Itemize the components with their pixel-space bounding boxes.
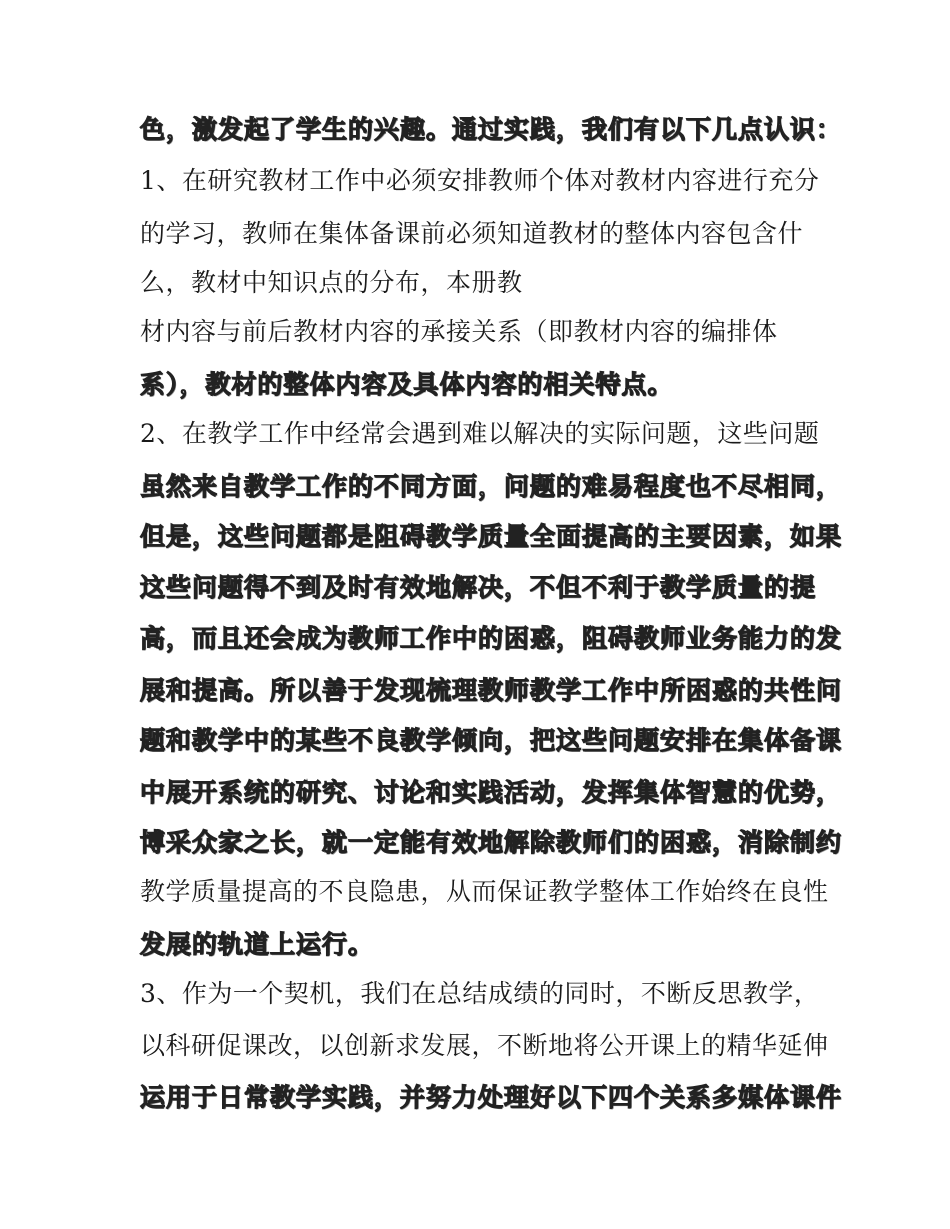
text-line: 的学习，教师在集体备课前必须知道教材的整体内容包含什: [140, 218, 820, 250]
text-line: 系），教材的整体内容及具体内容的相关特点。: [140, 369, 820, 401]
text-line: 博采众家之长，就一定能有效地解除教师们的困惑，消除制约: [140, 827, 820, 859]
text-line: 材内容与前后教材内容的承接关系（即教材内容的编排体: [140, 316, 820, 348]
document-page: 色，激发起了学生的兴趣。通过实践，我们有以下几点认识： 1、在研究教材工作中必须…: [0, 0, 950, 1229]
text-line: 2、在教学工作中经常会遇到难以解决的实际问题，这些问题: [140, 418, 820, 450]
text-line: 虽然来自教学工作的不同方面，问题的难易程度也不尽相同，: [140, 471, 820, 503]
text-line: 3、作为一个契机，我们在总结成绩的同时，不断反思教学，: [140, 978, 820, 1010]
text-line: 题和教学中的某些不良教学倾向，把这些问题安排在集体备课: [140, 725, 820, 757]
text-line: 中展开系统的研究、讨论和实践活动，发挥集体智慧的优势，: [140, 777, 820, 809]
text-line: 运用于日常教学实践，并努力处理好以下四个关系多媒体课件: [140, 1082, 820, 1114]
text-line: 发展的轨道上运行。: [140, 929, 820, 961]
text-line: 教学质量提高的不良隐患，从而保证教学整体工作始终在良性: [140, 876, 820, 908]
text-line: 1、在研究教材工作中必须安排教师个体对教材内容进行充分: [140, 165, 820, 197]
text-line: 以科研促课改，以创新求发展，不断地将公开课上的精华延伸: [140, 1030, 820, 1062]
text-line: 色，激发起了学生的兴趣。通过实践，我们有以下几点认识：: [140, 114, 820, 146]
text-line: 这些问题得不到及时有效地解决，不但不利于教学质量的提: [140, 572, 820, 604]
text-line: 展和提高。所以善于发现梳理教师教学工作中所困惑的共性问: [140, 675, 820, 707]
text-line: 高，而且还会成为教师工作中的困惑，阻碍教师业务能力的发: [140, 623, 820, 655]
text-line: 么，教材中知识点的分布，本册教: [140, 267, 820, 299]
text-line: 但是，这些问题都是阻碍教学质量全面提高的主要因素，如果: [140, 521, 820, 553]
